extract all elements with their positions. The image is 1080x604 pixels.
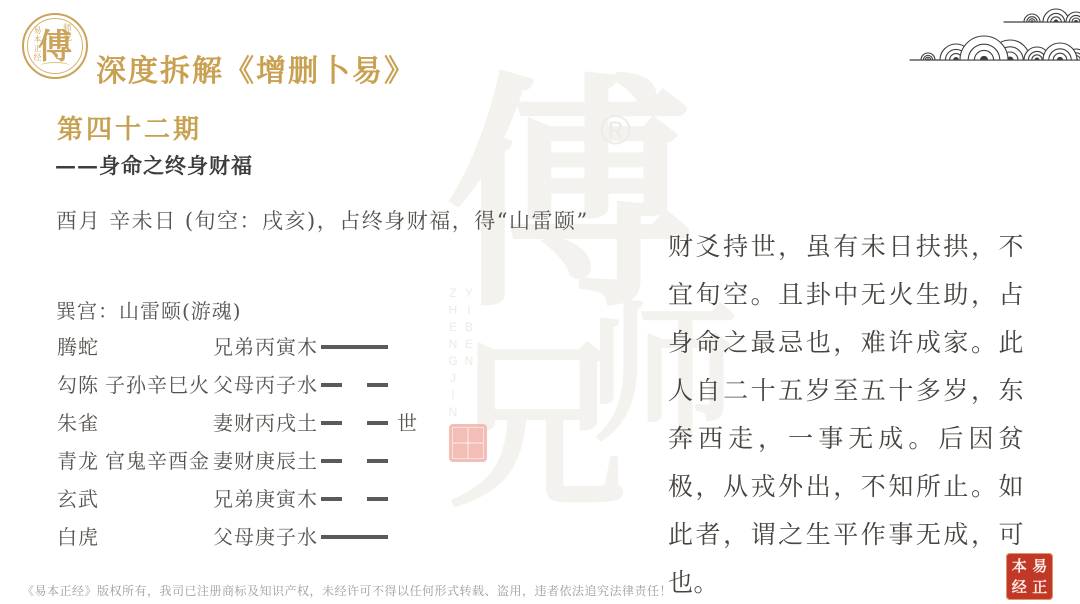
hexagram-row: 玄武兄弟庚寅木 xyxy=(57,480,487,518)
hexagram-row: 青龙官鬼辛酉金妻财庚辰土 xyxy=(57,442,487,480)
registered-trademark-icon: ® xyxy=(600,106,631,154)
seal-character: 本 xyxy=(1009,556,1030,577)
cloud-pattern-icon xyxy=(904,2,1080,70)
page-title: 深度拆解《增删卜易》 xyxy=(96,46,416,90)
seal-character: 正 xyxy=(1030,577,1051,598)
brand-seal-logo: 易本正经 傅 师兄 xyxy=(22,13,88,79)
seal-character: 易 xyxy=(1030,556,1051,577)
yao-line-broken xyxy=(321,421,388,425)
yao-line-broken xyxy=(321,497,388,501)
relative-branch-label: 兄弟丙寅木 xyxy=(213,328,318,366)
six-spirit-label: 腾蛇 xyxy=(57,328,99,366)
shi-marker: 世 xyxy=(397,404,418,442)
six-spirit-label: 玄武 xyxy=(57,480,99,518)
six-spirit-label: 白虎 xyxy=(57,518,99,556)
relative-branch-label: 父母庚子水 xyxy=(213,518,318,556)
hexagram-row: 勾陈子孙辛巳火父母丙子水 xyxy=(57,366,487,404)
logo-wave-icon xyxy=(40,62,70,70)
hidden-god-label: 官鬼辛酉金 xyxy=(105,442,210,480)
hexagram-row: 白虎父母庚子水 xyxy=(57,518,487,556)
relative-branch-label: 兄弟庚寅木 xyxy=(213,480,318,518)
six-spirit-label: 朱雀 xyxy=(57,404,99,442)
six-spirit-label: 青龙 xyxy=(57,442,99,480)
six-spirit-label: 勾陈 xyxy=(57,366,99,404)
divination-case-line: 酉月 辛未日 (旬空：戌亥)，占终身财福，得“山雷颐” xyxy=(56,205,589,235)
yao-line-broken xyxy=(321,459,388,463)
yao-line-solid xyxy=(321,535,388,539)
copyright-notice: 《易本正经》版权所有，我司已注册商标及知识产权，未经许可不得以任何形式转载、盗用… xyxy=(22,582,672,599)
yao-line-solid xyxy=(321,345,388,349)
issue-number-title: 第四十二期 xyxy=(57,109,202,146)
hexagram-row: 腾蛇兄弟丙寅木 xyxy=(57,328,487,366)
logo-right-text: 师兄 xyxy=(60,23,73,41)
watermark-character-fu: 傅 xyxy=(445,72,693,320)
analysis-paragraph: 财爻持世，虽有未日扶拱，不宜旬空。且卦中无火生助，占身命之最忌也，难许成家。此人… xyxy=(668,223,1024,604)
relative-branch-label: 妻财庚辰土 xyxy=(213,442,318,480)
hidden-god-label: 子孙辛巳火 xyxy=(105,366,210,404)
palace-hexagram-line: 巽宫：山雷颐(游魂) xyxy=(56,295,242,324)
relative-branch-label: 妻财丙戌土 xyxy=(213,404,318,442)
issue-subtitle: ——身命之终身财福 xyxy=(55,150,253,180)
seal-character: 经 xyxy=(1009,577,1030,598)
relative-branch-label: 父母丙子水 xyxy=(213,366,318,404)
slide-page: 易本正经 傅 师兄 深度拆解《增删卜易》 傅 师 兄 ® YIBEN ZHENG… xyxy=(0,0,1080,604)
yao-line-broken xyxy=(321,383,388,387)
red-seal-stamp: 易本正经 xyxy=(1006,553,1053,600)
hexagram-row: 朱雀妻财丙戌土世 xyxy=(57,404,487,442)
